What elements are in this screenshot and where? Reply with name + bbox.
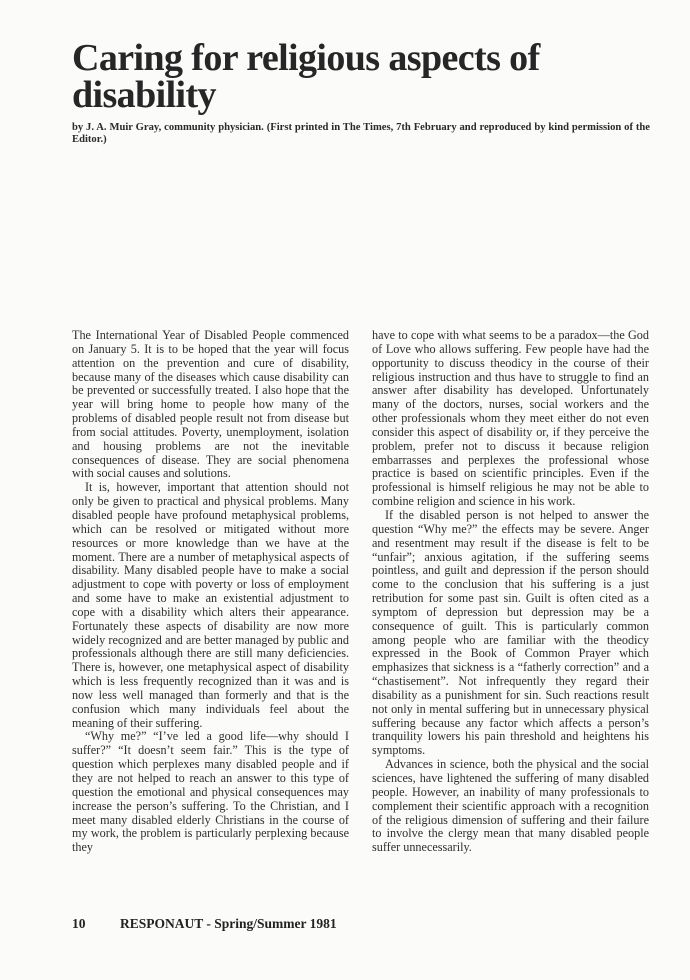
paragraph: “Why me?” “I’ve led a good life—why shou… xyxy=(72,730,349,855)
paragraph: have to cope with what seems to be a par… xyxy=(372,329,649,509)
body-column-left: The International Year of Disabled Peopl… xyxy=(72,329,349,855)
paragraph: Advances in science, both the physical a… xyxy=(372,758,649,855)
paragraph: The International Year of Disabled Peopl… xyxy=(72,329,349,481)
paragraph: If the disabled person is not helped to … xyxy=(372,509,649,758)
page-number: 10 xyxy=(72,916,120,932)
paragraph: It is, however, important that attention… xyxy=(72,481,349,730)
body-column-right: have to cope with what seems to be a par… xyxy=(372,329,649,855)
article-byline: by J. A. Muir Gray, community physician.… xyxy=(72,122,650,146)
page-footer: 10RESPONAUT - Spring/Summer 1981 xyxy=(72,916,372,932)
publication-name: RESPONAUT - Spring/Summer 1981 xyxy=(120,916,337,931)
article-title: Caring for religious aspects of disabili… xyxy=(72,40,632,114)
